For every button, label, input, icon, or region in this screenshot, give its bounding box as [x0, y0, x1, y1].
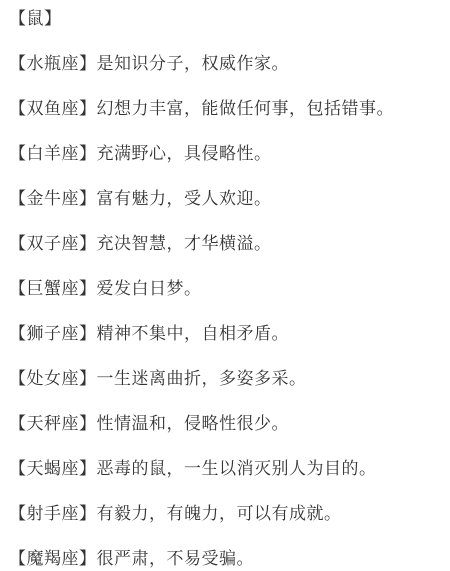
heading-rat: 【鼠】 — [9, 10, 442, 28]
line-taurus: 【金牛座】富有魅力，受人欢迎。 — [9, 190, 442, 208]
line-cancer: 【巨蟹座】爱发白日梦。 — [9, 280, 442, 298]
article-body: 【鼠】 【水瓶座】是知识分子，权威作家。 【双鱼座】幻想力丰富，能做任何事，包括… — [0, 0, 450, 571]
line-aries: 【白羊座】充满野心，具侵略性。 — [9, 145, 442, 163]
line-leo: 【狮子座】精神不集中，自相矛盾。 — [9, 325, 442, 343]
line-scorpio: 【天蝎座】恶毒的鼠，一生以消灭别人为目的。 — [9, 460, 442, 478]
line-libra: 【天秤座】性情温和，侵略性很少。 — [9, 415, 442, 433]
line-capricorn: 【魔羯座】很严肃，不易受骗。 — [9, 550, 442, 568]
line-gemini: 【双子座】充决智慧，才华横溢。 — [9, 235, 442, 253]
line-aquarius: 【水瓶座】是知识分子，权威作家。 — [9, 55, 442, 73]
line-sagittarius: 【射手座】有毅力，有魄力，可以有成就。 — [9, 505, 442, 523]
line-pisces: 【双鱼座】幻想力丰富，能做任何事，包括错事。 — [9, 100, 442, 118]
line-virgo: 【处女座】一生迷离曲折，多姿多采。 — [9, 370, 442, 388]
